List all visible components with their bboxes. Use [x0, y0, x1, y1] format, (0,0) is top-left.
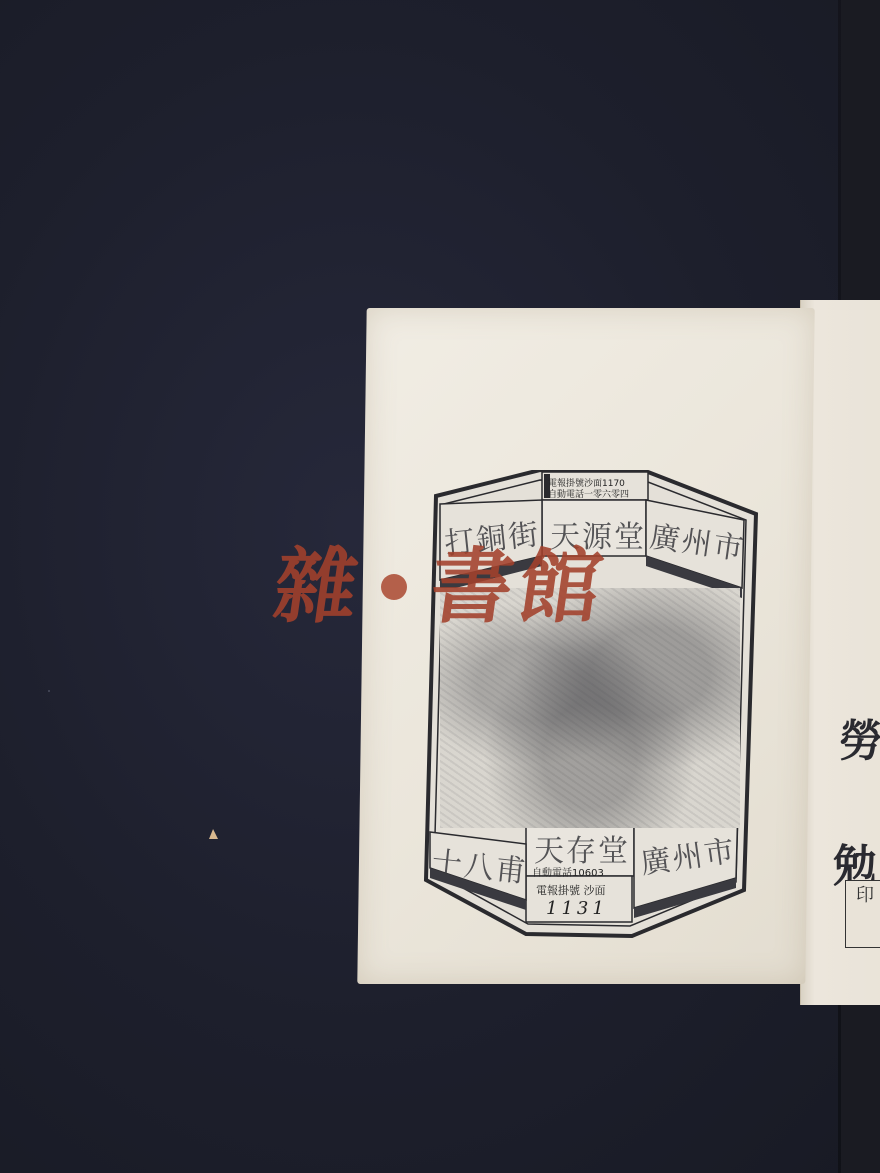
phone-line: 自動電話10603 — [532, 864, 604, 879]
telegraph-number: 1131 — [546, 898, 608, 919]
watermark-char: 書 — [425, 546, 519, 628]
watermark-dot-icon — [381, 574, 407, 600]
watermark: 雜 書 館 — [275, 532, 601, 642]
seal-stamp: 印 — [845, 880, 880, 948]
right-page-char: 勞 — [839, 705, 880, 769]
telegraph-label: 電報掛號 沙面 — [536, 882, 606, 898]
dust-speck — [48, 690, 50, 692]
address-line: 自動電話一零六零四 — [548, 487, 629, 500]
paper-fragment — [209, 829, 218, 839]
watermark-char: 雜 — [269, 546, 363, 628]
watermark-char: 館 — [513, 546, 607, 628]
